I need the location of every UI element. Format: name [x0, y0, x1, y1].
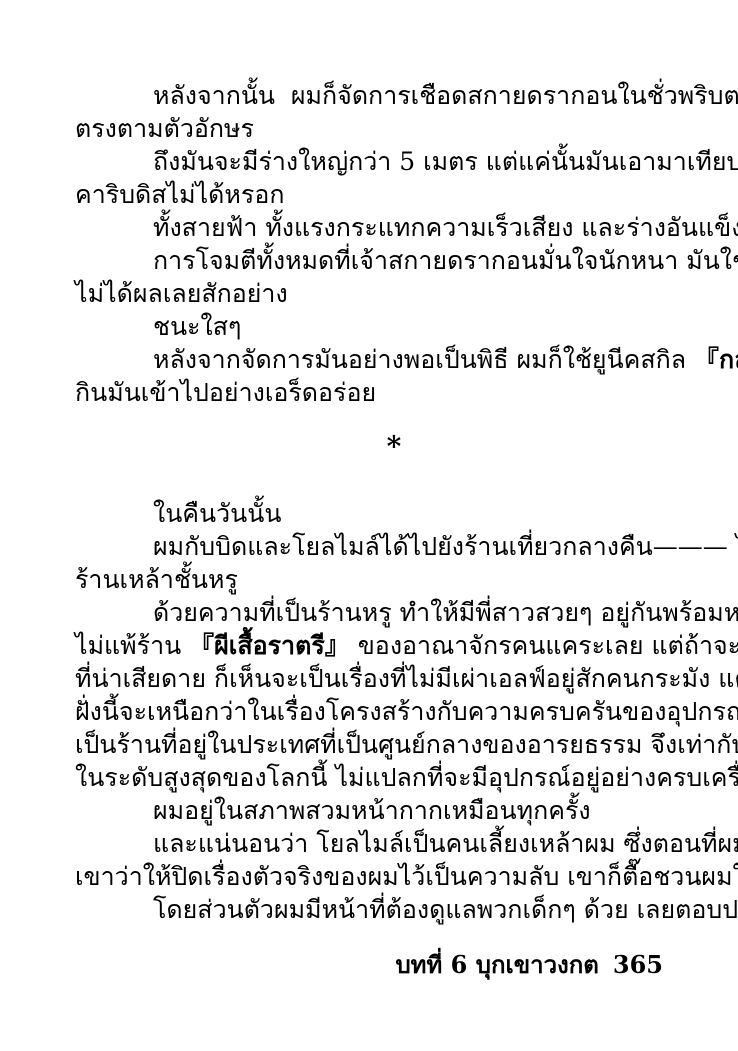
text-line: ฝั่งนี้จะเหนือกว่าในเรื่องโครงสร้างกับคว…	[75, 695, 667, 728]
text-segment: ไม่ได้ผลเลยสักอย่าง	[75, 279, 288, 308]
text-line: เขาว่าให้ปิดเรื่องตัวจริงของผมไว้เป็นควา…	[75, 860, 667, 893]
text-line: และแน่นอนว่า โยลไมล์เป็นคนเลี้ยงเหล้าผม …	[75, 827, 667, 860]
book-page: หลังจากนั้น ผมก็จัดการเชือดสกายดรากอนในช…	[0, 0, 738, 1051]
asterisk-divider: *	[387, 430, 402, 463]
text-line: ที่น่าเสียดาย ก็เห็นจะเป็นเรื่องที่ไม่มี…	[75, 662, 667, 695]
text-line: กินมันเข้าไปอย่างเอร็ดอร่อย	[75, 376, 667, 409]
text-line: การโจมตีทั้งหมดที่เจ้าสกายดรากอนมั่นใจนั…	[75, 244, 667, 277]
text-segment: กินมันเข้าไปอย่างเอร็ดอร่อย	[75, 378, 376, 407]
text-line: ชนะใสๆ	[75, 310, 667, 343]
text-segment: โดยส่วนตัวผมมีหน้าที่ต้องดูแลพวกเด็กๆ ด้…	[153, 895, 738, 924]
text-line: ร้านเหล้าชั้นหรู	[75, 563, 667, 596]
page-number: 365	[613, 948, 663, 981]
text-line: ถึงมันจะมีร่างใหญ่กว่า 5 เมตร แต่แค่นั้น…	[75, 145, 667, 178]
emphasized-name: 『ผีเสื้อราตรี』	[189, 631, 350, 660]
text-segment: ในระดับสูงสุดของโลกนี้ ไม่แปลกที่จะมีอุป…	[75, 763, 738, 792]
text-segment: ผมกับบิดและโยลไมล์ได้ไปยังร้านเที่ยวกลาง…	[153, 532, 738, 561]
text-segment: ตรงตามตัวอักษร	[75, 114, 254, 143]
text-segment: หลังจากนั้น ผมก็จัดการเชือดสกายดรากอนในช…	[153, 81, 738, 110]
text-line: ด้วยความที่เป็นร้านหรู ทำให้มีพี่สาวสวยๆ…	[75, 596, 667, 629]
text-line: ไม่ได้ผลเลยสักอย่าง	[75, 277, 667, 310]
text-line: ทั้งสายฟ้า ทั้งแรงกระแทกความเร็วเสียง แล…	[75, 211, 667, 244]
text-line: ตรงตามตัวอักษร	[75, 112, 667, 145]
text-segment: ผมอยู่ในสภาพสวมหน้ากากเหมือนทุกครั้ง	[153, 796, 591, 825]
text-segment: ไม่แพ้ร้าน	[75, 631, 189, 660]
text-line: หลังจากจัดการมันอย่างพอเป็นพิธี ผมก็ใช้ย…	[75, 343, 667, 376]
text-line: หลังจากนั้น ผมก็จัดการเชือดสกายดรากอนในช…	[75, 79, 667, 112]
text-segment: หลังจากจัดการมันอย่างพอเป็นพิธี ผมก็ใช้ย…	[153, 345, 694, 374]
text-line: ในคืนวันนั้น	[75, 497, 667, 530]
text-segment: ชนะใสๆ	[153, 312, 241, 341]
section-battle-aftermath: หลังจากนั้น ผมก็จัดการเชือดสกายดรากอนในช…	[75, 79, 667, 409]
text-segment: ที่น่าเสียดาย ก็เห็นจะเป็นเรื่องที่ไม่มี…	[75, 664, 738, 693]
text-line: เป็นร้านที่อยู่ในประเทศที่เป็นศูนย์กลางข…	[75, 728, 667, 761]
text-segment: ฝั่งนี้จะเหนือกว่าในเรื่องโครงสร้างกับคว…	[75, 697, 738, 726]
text-segment: ทั้งสายฟ้า ทั้งแรงกระแทกความเร็วเสียง แล…	[153, 213, 738, 242]
text-line: ไม่แพ้ร้าน 『ผีเสื้อราตรี』 ของอาณาจักรคนแ…	[75, 629, 667, 662]
scene-divider: *	[75, 430, 667, 463]
text-segment: ด้วยความที่เป็นร้านหรู ทำให้มีพี่สาวสวยๆ…	[153, 598, 738, 627]
emphasized-name: 『กลัทโทนี』	[694, 345, 738, 374]
text-segment: ร้านเหล้าชั้นหรู	[75, 565, 238, 594]
text-line: โดยส่วนตัวผมมีหน้าที่ต้องดูแลพวกเด็กๆ ด้…	[75, 893, 667, 926]
text-segment: ถึงมันจะมีร่างใหญ่กว่า 5 เมตร แต่แค่นั้น…	[153, 147, 738, 176]
text-segment: การโจมตีทั้งหมดที่เจ้าสกายดรากอนมั่นใจนั…	[153, 246, 738, 275]
text-segment: และแน่นอนว่า โยลไมล์เป็นคนเลี้ยงเหล้าผม …	[153, 829, 738, 858]
text-segment: คาริบดิสไม่ได้หรอก	[75, 180, 284, 209]
text-line: ผมอยู่ในสภาพสวมหน้ากากเหมือนทุกครั้ง	[75, 794, 667, 827]
text-line: ผมกับบิดและโยลไมล์ได้ไปยังร้านเที่ยวกลาง…	[75, 530, 667, 563]
page-footer: บทที่ 6 บุกเขาวงกต 365	[395, 948, 663, 981]
text-segment: เขาว่าให้ปิดเรื่องตัวจริงของผมไว้เป็นควา…	[75, 862, 738, 891]
text-segment: เป็นร้านที่อยู่ในประเทศที่เป็นศูนย์กลางข…	[75, 730, 738, 759]
chapter-title: บทที่ 6 บุกเขาวงกต	[395, 948, 598, 981]
section-night-at-the-bar: ในคืนวันนั้นผมกับบิดและโยลไมล์ได้ไปยังร้…	[75, 497, 667, 926]
text-line: คาริบดิสไม่ได้หรอก	[75, 178, 667, 211]
text-line: ในระดับสูงสุดของโลกนี้ ไม่แปลกที่จะมีอุป…	[75, 761, 667, 794]
text-segment: ของอาณาจักรคนแคระเลย แต่ถ้าจะพูดถึงเรื่อ…	[350, 631, 738, 660]
text-segment: ในคืนวันนั้น	[153, 499, 281, 528]
